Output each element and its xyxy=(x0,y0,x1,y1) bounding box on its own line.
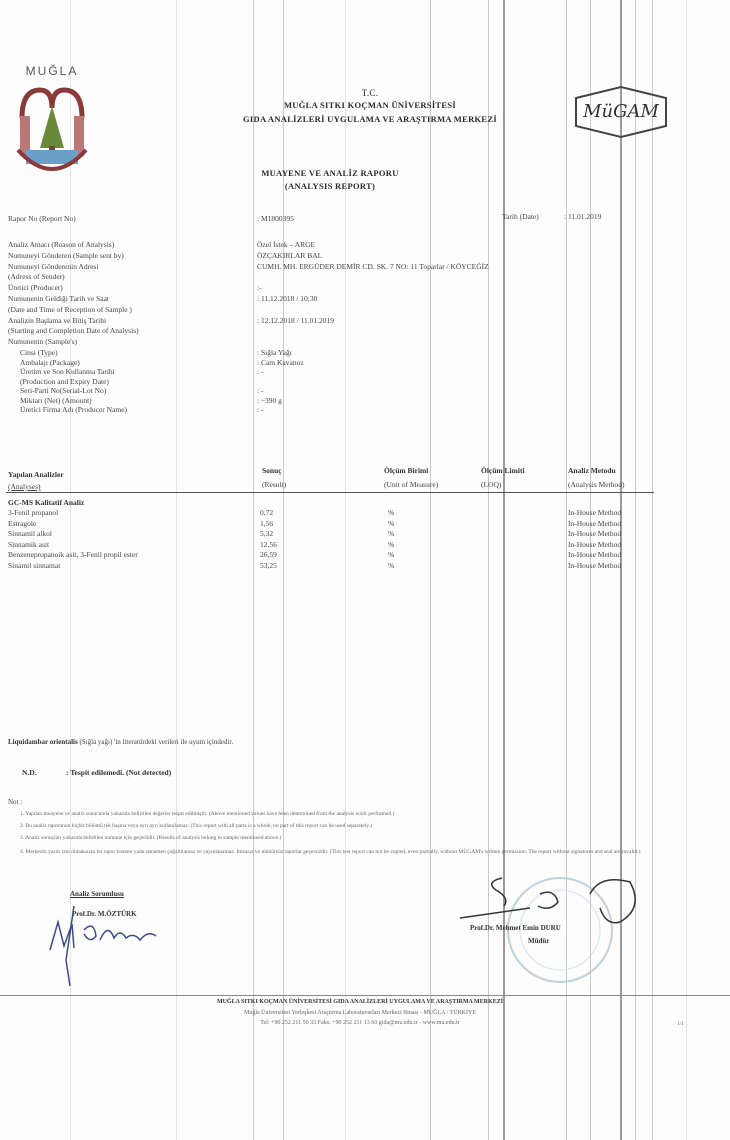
result-unit: % xyxy=(388,519,394,528)
info-label: (Adress of Sender) xyxy=(8,272,65,281)
sample-value: : - xyxy=(257,386,263,395)
result-analysis: Estragole xyxy=(8,519,36,528)
result-unit: % xyxy=(388,550,394,559)
sample-label: Miktarı (Net) (Amount) xyxy=(20,396,92,405)
info-value: :- xyxy=(257,283,262,292)
note-item: 2. Bu analiz raporunun hiçbir bölümü tek… xyxy=(20,823,372,829)
col-loq: Ölçüm Limiti xyxy=(481,466,525,475)
sample-label: Üretici Firma Adı (Producer Name) xyxy=(20,405,127,414)
sample-label: Ambalajı (Package) xyxy=(20,358,80,367)
footer-line-3: Tel: +90 252 211 50 33 Faks: +90 252 211… xyxy=(100,1020,620,1026)
info-label: Analizin Başlama ve Bitiş Tarihi xyxy=(8,316,106,325)
footer-rule xyxy=(0,995,730,996)
notes-title: Not : xyxy=(8,798,22,806)
col-analyses: Yapılan Analizler xyxy=(8,470,64,479)
info-label: Numunenin (Sample's) xyxy=(8,337,77,346)
nd-abbr: N.D. xyxy=(22,768,37,777)
arch-tree-logo-icon xyxy=(14,78,90,178)
sample-value: : - xyxy=(257,405,263,414)
sample-value: : ~390 g xyxy=(257,396,282,405)
result-unit: % xyxy=(388,529,394,538)
result-analysis: Sinnamil alkol xyxy=(8,529,52,538)
scan-streak xyxy=(686,0,687,1140)
sample-label: Seri-Parti No(Serial-Lot No) xyxy=(20,386,106,395)
col-result: Sonuç xyxy=(262,466,282,475)
col-analyses-en: (Analyses) xyxy=(8,482,41,491)
report-no-value: : M1800395 xyxy=(257,214,294,223)
center-name: GIDA ANALİZLERİ UYGULAMA VE ARAŞTIRMA ME… xyxy=(160,114,580,124)
sample-value: : - xyxy=(257,367,263,376)
remark-species: Liquidambar orientalis xyxy=(8,738,78,746)
result-method: In-House Method xyxy=(568,529,621,538)
result-analysis: Benzenepropanoik asit, 3-Fenil propil es… xyxy=(8,550,138,559)
right-signer-title: Müdür xyxy=(528,937,549,945)
mugla-university-logo: MUĞLA xyxy=(14,64,90,184)
sample-label: (Production and Expiry Date) xyxy=(20,377,109,386)
result-value: 26,59 xyxy=(260,550,277,559)
date-label: Tarih (Date) xyxy=(502,212,539,221)
col-loq-en: (LOQ) xyxy=(481,480,501,489)
sample-value: : Cam Kavanoz xyxy=(257,358,304,367)
scan-streak xyxy=(488,0,489,1140)
mugam-logo: MüGAM xyxy=(566,84,676,140)
info-value: : 12.12.2018 / 11.01.2019 xyxy=(257,316,334,325)
nd-text: : Tespit edilemedi. (Not detected) xyxy=(66,768,171,777)
report-no-label: Rapor No (Report No) xyxy=(8,214,76,223)
info-value: ÖZÇAKIRLAR BAL xyxy=(257,251,322,260)
result-analysis: 3-Fenil propanol xyxy=(8,508,58,517)
info-label: Numunenin Geldiği Tarih ve Saat xyxy=(8,294,109,303)
col-unit: Ölçüm Birimi xyxy=(384,466,428,475)
note-item: 4. Merkezin yazılı izni olmaksızın bu ra… xyxy=(20,848,680,857)
left-signature-icon xyxy=(44,900,174,990)
result-value: 1,56 xyxy=(260,519,273,528)
result-analysis: Sinamil sinnamat xyxy=(8,561,60,570)
result-value: 5,32 xyxy=(260,529,273,538)
remark: Liquidambar orientalis (Sığla yağı) 'in … xyxy=(8,738,233,746)
result-method: In-House Method xyxy=(568,561,621,570)
report-title-en: (ANALYSIS REPORT) xyxy=(180,181,480,191)
right-signer-name: Prof.Dr. Mehmet Emin DURU xyxy=(470,924,561,932)
result-value: 53,25 xyxy=(260,561,277,570)
result-unit: % xyxy=(388,508,394,517)
info-value: Özel İstek – ARGE xyxy=(257,240,315,249)
info-value: CUMH. MH. ERGÜDER DEMİR CD. SK. 7 NO: 11… xyxy=(257,262,489,271)
result-value: 12,56 xyxy=(260,540,277,549)
sample-label: Üretim ve Son Kullanma Tarihi xyxy=(20,367,115,376)
result-value: 0,72 xyxy=(260,508,273,517)
scan-streak xyxy=(176,0,177,1140)
note-item: 3. Analiz sonuçları yukarıda belirtilen … xyxy=(20,835,281,841)
result-analysis: Sinnamik asit xyxy=(8,540,49,549)
result-unit: % xyxy=(388,540,394,549)
info-label: (Starting and Completion Date of Analysi… xyxy=(8,326,139,335)
footer-line-2: Muğla Üniversitesi Yerleşkesi Araştırma … xyxy=(100,1010,620,1016)
sample-label: Cinsi (Type) xyxy=(20,348,58,357)
date-value: : 11.01.2019 xyxy=(564,212,601,221)
left-signer-title: Analiz Sorumlusu xyxy=(70,890,124,898)
info-label: Numuneyi Gönderen (Sample sent by) xyxy=(8,251,124,260)
result-unit: % xyxy=(388,561,394,570)
note-item: 1. Yapılan muayene ve analiz sonucunda y… xyxy=(20,811,394,817)
col-method-en: (Analysis Method) xyxy=(568,480,624,489)
sample-value: : Sığla Yağı xyxy=(257,348,292,357)
result-method: In-House Method xyxy=(568,550,621,559)
page-number: 1/1 xyxy=(677,1021,684,1027)
footer-line-1: MUĞLA SITKI KOÇMAN ÜNİVERSİTESİ GIDA ANA… xyxy=(100,999,620,1005)
result-method: In-House Method xyxy=(568,519,621,528)
university-name: MUĞLA SITKI KOÇMAN ÜNİVERSİTESİ xyxy=(160,100,580,110)
table-group-title: GC-MS Kalitatif Analiz xyxy=(8,498,84,507)
report-title: MUAYENE VE ANALİZ RAPORU xyxy=(180,168,480,178)
info-label: Numuneyi Gönderenin Adresi xyxy=(8,262,98,271)
result-method: In-House Method xyxy=(568,508,621,517)
info-label: (Date and Time of Reception of Sample ) xyxy=(8,305,132,314)
col-result-en: (Result) xyxy=(262,480,286,489)
header-tc: T.C. xyxy=(160,88,580,98)
remark-text: (Sığla yağı) 'in literatürdeki verileri … xyxy=(78,738,233,746)
col-unit-en: (Unit of Measure) xyxy=(384,480,438,489)
info-value: : 11.12.2018 / 10:30 xyxy=(257,294,317,303)
info-label: Analiz Amacı (Reason of Analysis) xyxy=(8,240,114,249)
table-header-rule xyxy=(6,492,654,493)
info-label: Üretici (Producer) xyxy=(8,283,63,292)
result-method: In-House Method xyxy=(568,540,621,549)
col-method: Analiz Metodu xyxy=(568,466,616,475)
